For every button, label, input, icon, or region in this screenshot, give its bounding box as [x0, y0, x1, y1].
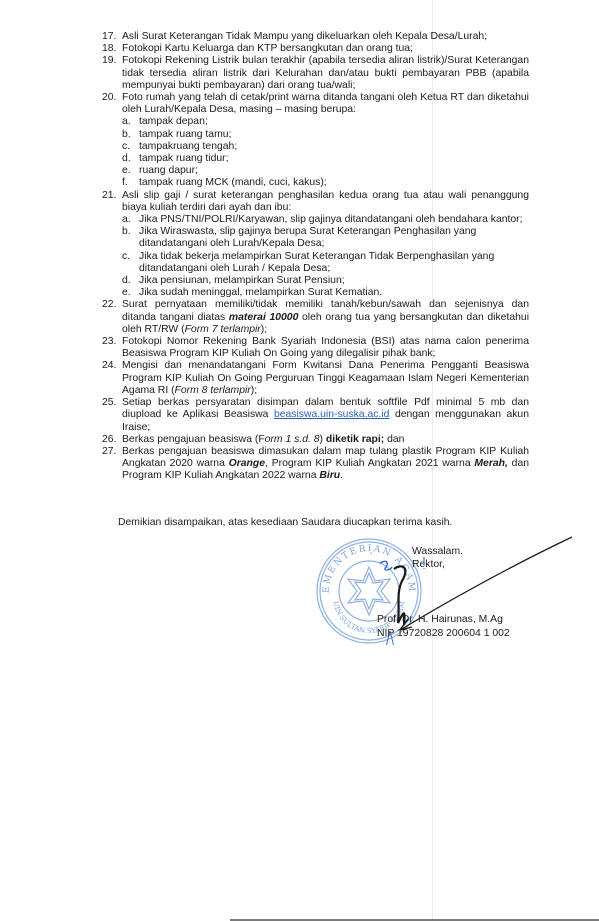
item-text: Berkas pengajuan beasiswa (Form 1 s.d. 8… — [122, 434, 529, 446]
sub-text: Jika pensiunan, melampirkan Surat Pensiu… — [139, 275, 345, 286]
form-reference: orm 1 s.d. 8 — [265, 434, 320, 445]
requirements-list: 17. Asli Surat Keterangan Tidak Mampu ya… — [102, 31, 529, 483]
sub-item: a.tampak depan; — [122, 116, 529, 128]
item-text: Mengisi dan menandatangani Form Kwitansi… — [122, 360, 529, 397]
sub-item: d.Jika pensiunan, melampirkan Surat Pens… — [122, 275, 529, 287]
sub-letter: d. — [122, 275, 131, 287]
sub-text: tampak ruang MCK (mandi, cuci, kakus); — [139, 177, 327, 188]
sub-text: Jika PNS/TNI/POLRI/Karyawan, slip gajiny… — [139, 214, 523, 225]
list-item-22: 22. Surat pernyataan memiliki/tidak memi… — [102, 299, 529, 336]
item-text: Asli slip gaji / surat keterangan pengha… — [122, 190, 529, 214]
sub-text: Jika sudah meninggal, melampirkan Surat … — [139, 287, 382, 298]
text-part: , Program KIP Kuliah Angkatan 2021 warna — [265, 458, 474, 469]
sub-text: tampak ruang tidur; — [139, 153, 229, 164]
list-item-21: 21. Asli slip gaji / surat keterangan pe… — [102, 190, 529, 300]
list-item-20: 20. Foto rumah yang telah di cetak/print… — [102, 92, 529, 190]
text-part: . — [340, 470, 343, 481]
sub-letter: c. — [122, 251, 130, 263]
sub-item: d.tampak ruang tidur; — [122, 153, 529, 165]
item-text: Fotokopi Nomor Rekening Bank Syariah Ind… — [122, 336, 529, 360]
sub-item: f.tampak ruang MCK (mandi, cuci, kakus); — [122, 177, 529, 189]
color-biru: Biru — [319, 470, 340, 481]
text-part: Berkas pengajuan beasiswa (F — [122, 434, 265, 445]
item-text: Fotokopi Rekening Listrik bulan terakhir… — [122, 55, 529, 92]
color-orange: Orange — [229, 458, 265, 469]
sub-letter: c. — [122, 141, 130, 153]
sub-letter: b. — [122, 226, 131, 238]
sub-item: b.Jika Wiraswasta, slip gajinya berupa S… — [122, 226, 529, 250]
item-number: 22. — [102, 299, 116, 311]
item-text: Asli Surat Keterangan Tidak Mampu yang d… — [122, 31, 487, 42]
signer-name: Prof. Dr. H. Hairunas, M.Ag — [377, 613, 510, 627]
sub-item: b.tampak ruang tamu; — [122, 129, 529, 141]
item-number: 26. — [102, 434, 116, 446]
item-number: 17. — [102, 31, 116, 43]
sub-letter: d. — [122, 153, 131, 165]
materai-emphasis: materai 10000 — [229, 312, 299, 323]
text-part: dan — [384, 434, 404, 445]
item-text: Berkas pengajuan beasiswa dimasukan dala… — [122, 446, 529, 483]
photo-sublist: a.tampak depan; b.tampak ruang tamu; c.t… — [122, 116, 529, 189]
list-item-26: 26. Berkas pengajuan beasiswa (Form 1 s.… — [102, 434, 529, 446]
item-number: 24. — [102, 360, 116, 372]
item-text: Surat pernyataan memiliki/tidak memiliki… — [122, 299, 529, 336]
item-number: 18. — [102, 43, 116, 55]
sub-text: Jika Wiraswasta, slip gajinya berupa Sur… — [139, 226, 476, 249]
sub-item: a.Jika PNS/TNI/POLRI/Karyawan, slip gaji… — [122, 214, 529, 226]
requirements-list-section: 17. Asli Surat Keterangan Tidak Mampu ya… — [102, 31, 529, 483]
sub-text: tampak depan; — [139, 116, 208, 127]
sub-letter: b. — [122, 129, 131, 141]
income-sublist: a.Jika PNS/TNI/POLRI/Karyawan, slip gaji… — [122, 214, 529, 299]
sub-letter: f. — [122, 177, 128, 189]
text-part: ); — [261, 324, 267, 335]
sub-item: c.Jika tidak bekerja melampirkan Surat K… — [122, 251, 529, 275]
item-number: 23. — [102, 336, 116, 348]
sub-item: e.ruang dapur; — [122, 165, 529, 177]
list-item-19: 19. Fotokopi Rekening Listrik bulan tera… — [102, 55, 529, 92]
sub-letter: a. — [122, 116, 131, 128]
list-item-17: 17. Asli Surat Keterangan Tidak Mampu ya… — [102, 31, 529, 43]
typed-neatly-emphasis: diketik rapi; — [326, 434, 384, 445]
list-item-27: 27. Berkas pengajuan beasiswa dimasukan … — [102, 446, 529, 483]
sub-text: tampak ruang tamu; — [139, 129, 231, 140]
item-number: 19. — [102, 55, 116, 67]
item-number: 21. — [102, 190, 116, 202]
beasiswa-website-link[interactable]: beasiswa.uin-suska.ac.id — [274, 409, 390, 420]
signer-details: Prof. Dr. H. Hairunas, M.Ag NIP 19720828… — [377, 613, 510, 641]
list-item-25: 25. Setiap berkas persyaratan disimpan d… — [102, 397, 529, 434]
signer-nip: NIP 19720828 200604 1 002 — [377, 627, 510, 641]
item-text: Fotokopi Kartu Keluarga dan KTP bersangk… — [122, 43, 413, 54]
color-merah: Merah, — [474, 458, 508, 469]
list-item-23: 23. Fotokopi Nomor Rekening Bank Syariah… — [102, 336, 529, 360]
list-item-18: 18. Fotokopi Kartu Keluarga dan KTP bers… — [102, 43, 529, 55]
sub-letter: e. — [122, 165, 131, 177]
sub-text: Jika tidak bekerja melampirkan Surat Ket… — [139, 251, 494, 274]
item-number: 27. — [102, 446, 116, 458]
closing-statement: Demikian disampaikan, atas kesediaan Sau… — [118, 517, 452, 528]
sub-item: e.Jika sudah meninggal, melampirkan Sura… — [122, 287, 529, 299]
sub-letter: a. — [122, 214, 131, 226]
sub-text: tampakruang tengah; — [139, 141, 237, 152]
item-text: Setiap berkas persyaratan disimpan dalam… — [122, 397, 529, 434]
list-item-24: 24. Mengisi dan menandatangani Form Kwit… — [102, 360, 529, 397]
item-number: 25. — [102, 397, 116, 409]
sub-letter: e. — [122, 287, 131, 299]
item-text: Foto rumah yang telah di cetak/print war… — [122, 92, 529, 116]
form-reference: Form 8 terlampir — [175, 385, 251, 396]
sub-text: ruang dapur; — [139, 165, 198, 176]
text-part: ); — [251, 385, 257, 396]
sub-item: c.tampakruang tengah; — [122, 141, 529, 153]
form-reference: Form 7 terlampir — [185, 324, 261, 335]
item-number: 20. — [102, 92, 116, 104]
